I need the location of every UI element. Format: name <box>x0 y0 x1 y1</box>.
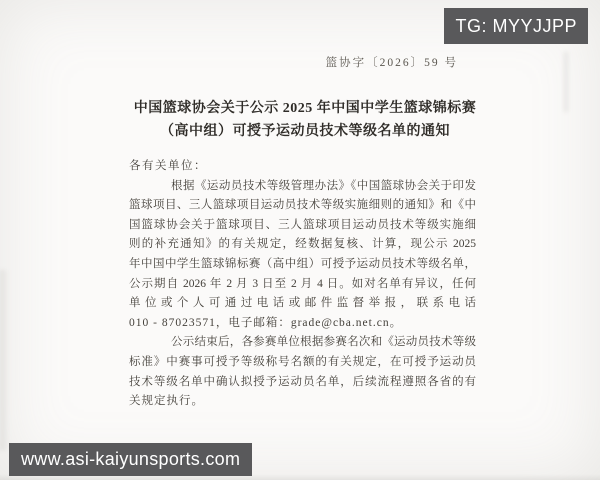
body-line: 关规定执行。 <box>129 392 476 412</box>
document-title-line1: 中国篮球协会关于公示 2025 年中国中学生篮球锦标赛 <box>70 97 540 120</box>
body-line: 公示结束后，各参赛单位根据参赛名次和《运动员技术等级 <box>129 333 476 353</box>
website-watermark-badge: www.asi-kaiyunsports.com <box>9 443 252 476</box>
body-line: 篮球项目、三人篮球项目运动员技术等级实施细则的通知》和《中 <box>129 196 476 216</box>
body-line: 年中国中学生篮球锦标赛（高中组）可授予运动员技术等级名单， <box>129 255 476 275</box>
document-number: 篮协字〔2026〕59 号 <box>326 54 458 70</box>
body-line: 010 - 87023571，电子邮箱：grade@cba.net.cn。 <box>129 314 476 334</box>
scan-smudge-left <box>0 270 9 450</box>
body-line: 单位或个人可通过电话或邮件监督举报，联系电话 <box>129 294 476 314</box>
body-line: 公示期自 2026 年 2 月 3 日至 2 月 4 日。如对名单有异议，任何 <box>129 275 476 295</box>
scan-smudge-right <box>564 52 568 112</box>
body-line: 标准》中赛事可授予等级称号名额的有关规定，在可授予运动员 <box>129 353 476 373</box>
body-line: 则的补充通知》的有关规定，经数据复核、计算，现公示 2025 <box>129 235 476 255</box>
salutation: 各有关单位： <box>129 157 476 177</box>
body-line: 国篮球协会关于篮球项目、三人篮球项目运动员技术等级实施细 <box>129 216 476 236</box>
document-title-line2: （高中组）可授予运动员技术等级名单的通知 <box>70 120 540 143</box>
body-line: 技术等级名单中确认拟授予运动员名单，后续流程遵照各省的有 <box>129 373 476 393</box>
scanned-notice-page: 篮协字〔2026〕59 号 中国篮球协会关于公示 2025 年中国中学生篮球锦标… <box>0 0 600 480</box>
body-line: 根据《运动员技术等级管理办法》《中国篮球协会关于印发 <box>129 177 476 197</box>
document-body: 各有关单位： 根据《运动员技术等级管理办法》《中国篮球协会关于印发 篮球项目、三… <box>129 157 476 412</box>
telegram-watermark-badge: TG: MYYJJPP <box>444 8 588 44</box>
document-title: 中国篮球协会关于公示 2025 年中国中学生篮球锦标赛 （高中组）可授予运动员技… <box>70 97 540 143</box>
